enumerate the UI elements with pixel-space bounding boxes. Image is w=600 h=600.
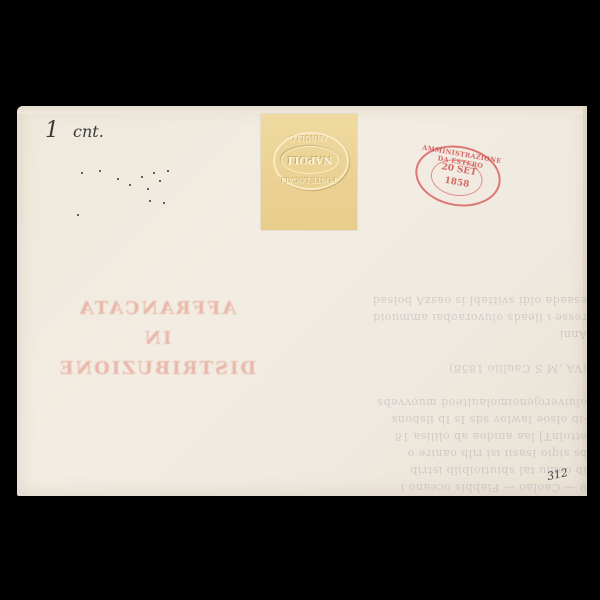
showthrough-line: ottolnT] laa anidoa ab olilisa 18 [197,428,587,445]
handwritten-value-note: 1cnt. [45,118,104,143]
red-cancel-mark: AFFRANCATA IN DISTRIBUZIONE [57,294,257,414]
handwritten-value: 1 [45,118,59,143]
ink-speckles [77,166,197,226]
showthrough-line: bs siqio Isasii isi rilb oanire o [197,445,587,462]
stamp-bottom-text: POSTE LOCALI [261,176,357,184]
stamp-center-text: NAPOLI [281,146,339,174]
red-cancel-line: DISTRIBUZIONE [57,354,257,384]
red-cancel-line: AFFRANCATA [57,294,257,324]
top-fold [17,106,587,114]
showthrough-line: 9 — Caolao — Fiabbis oceano i [197,479,587,496]
red-cancel-line: IN [57,324,257,354]
embossed-stamp: ANNULLO NAPOLI POSTE LOCALI [261,114,357,230]
date-postmark: AMMINISTRAZIONE DA ESTERO 20 SET 1858 [410,139,505,213]
handwritten-unit: cnt. [73,122,104,141]
showthrough-line: ib oomu tal sbiutioibiib istrib [197,462,587,479]
postal-cover: 9 — Caolao — Fiabbis oceano i ib oomu ta… [17,106,587,496]
